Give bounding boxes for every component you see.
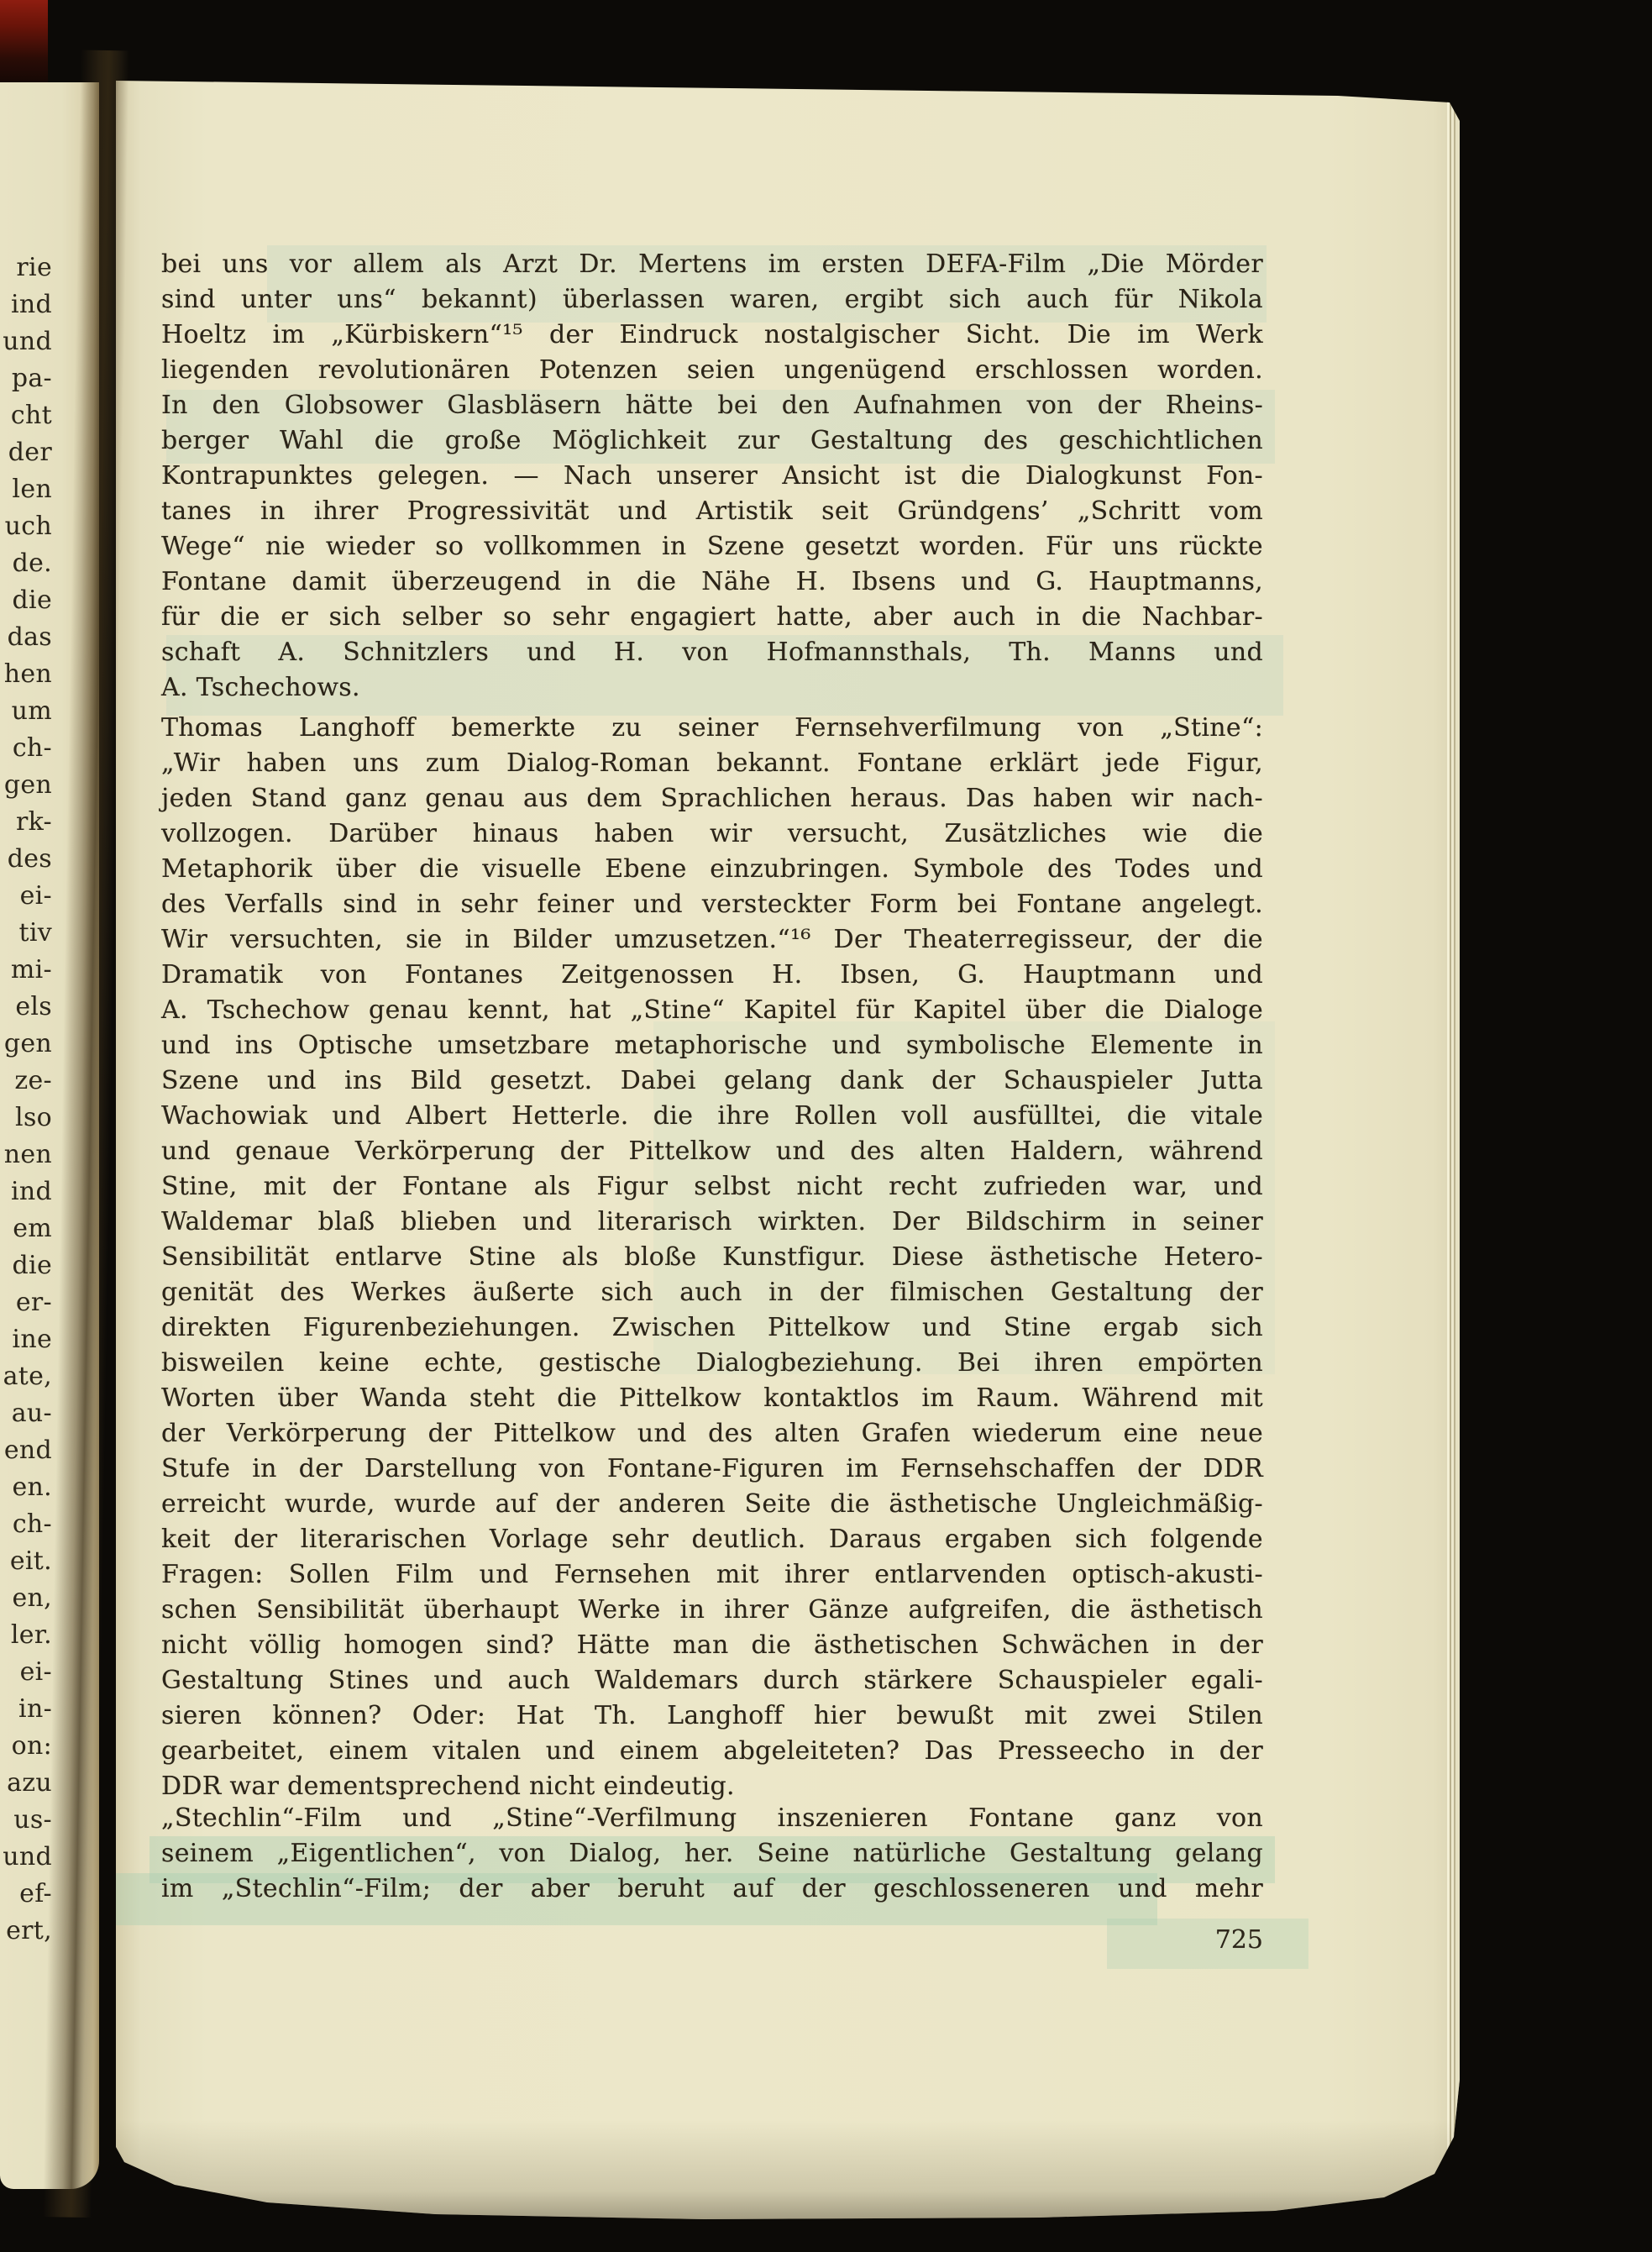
- cut-text-line: len: [0, 471, 52, 508]
- cut-text-line: mi-: [0, 952, 52, 989]
- text-line: direkten Figurenbeziehungen. Zwischen Pi…: [161, 1310, 1263, 1346]
- text-line: Wachowiak und Albert Hetterle. die ihre …: [161, 1099, 1263, 1134]
- cut-text-line: gen: [0, 767, 52, 804]
- text-line: erreicht wurde, wurde auf der anderen Se…: [161, 1487, 1263, 1522]
- cut-text-line: azu: [0, 1765, 52, 1802]
- cut-text-line: nen: [0, 1136, 52, 1173]
- cut-text-line: ine: [0, 1321, 52, 1358]
- cut-text-line: cht: [0, 397, 52, 434]
- text-line: seinem „Eigentlichen“, von Dialog, her. …: [161, 1836, 1263, 1871]
- text-line: Szene und ins Bild gesetzt. Dabei gelang…: [161, 1063, 1263, 1099]
- text-line: Sensibilität entlarve Stine als bloße Ku…: [161, 1240, 1263, 1275]
- cut-text-line: end: [0, 1432, 52, 1469]
- paragraph: Thomas Langhoff bemerkte zu seiner Ferns…: [161, 711, 1263, 1804]
- text-line: Stine, mit der Fontane als Figur selbst …: [161, 1169, 1263, 1205]
- text-line: Metaphorik über die visuelle Ebene einzu…: [161, 852, 1263, 887]
- text-line: berger Wahl die große Möglichkeit zur Ge…: [161, 423, 1263, 459]
- text-line: schaft A. Schnitzlers und H. von Hofmann…: [161, 635, 1263, 670]
- page-bottom-shade: [116, 2120, 1460, 2221]
- text-line: A. Tschechows.: [161, 670, 1263, 706]
- text-line: im „Stechlin“-Film; der aber beruht auf …: [161, 1871, 1263, 1907]
- cut-text-line: ind: [0, 286, 52, 323]
- cut-text-line: uch: [0, 508, 52, 545]
- cut-text-line: ert,: [0, 1913, 52, 1950]
- cut-text-line: in-: [0, 1691, 52, 1728]
- page-edge-stack: [1443, 97, 1460, 2164]
- text-line: der Verkörperung der Pittelkow und des a…: [161, 1416, 1263, 1451]
- text-line: vollzogen. Darüber hinaus haben wir vers…: [161, 816, 1263, 852]
- cut-text-line: er-: [0, 1284, 52, 1321]
- text-line: Hoeltz im „Kürbiskern“¹⁵ der Eindruck no…: [161, 318, 1263, 353]
- cut-text-line: gen: [0, 1026, 52, 1063]
- cut-text-line: der: [0, 434, 52, 471]
- text-line: nicht völlig homogen sind? Hätte man die…: [161, 1628, 1263, 1663]
- text-line: tanes in ihrer Progressivität und Artist…: [161, 494, 1263, 529]
- cut-text-line: ch-: [0, 1506, 52, 1543]
- cut-text-line: ler.: [0, 1617, 52, 1654]
- cut-text-line: ind: [0, 1173, 52, 1210]
- text-line: „Stechlin“-Film und „Stine“-Verfilmung i…: [161, 1801, 1263, 1836]
- text-line: schen Sensibilität überhaupt Werke in ih…: [161, 1593, 1263, 1628]
- cut-text-line: em: [0, 1210, 52, 1247]
- cut-text-line: de.: [0, 545, 52, 582]
- cut-text-line: on:: [0, 1728, 52, 1765]
- text-line: und genaue Verkörperung der Pittelkow un…: [161, 1134, 1263, 1169]
- cut-text-line: lso: [0, 1100, 52, 1136]
- text-line: Fragen: Sollen Film und Fernsehen mit ih…: [161, 1557, 1263, 1593]
- cut-text-line: rie: [0, 249, 52, 286]
- text-line: Worten über Wanda steht die Pittelkow ko…: [161, 1381, 1263, 1416]
- cut-text-line: tiv: [0, 915, 52, 952]
- text-line: In den Globsower Glasbläsern hätte bei d…: [161, 388, 1263, 423]
- text-line: Thomas Langhoff bemerkte zu seiner Ferns…: [161, 711, 1263, 746]
- text-line: Waldemar blaß blieben und literarisch wi…: [161, 1205, 1263, 1240]
- text-line: Dramatik von Fontanes Zeitgenossen H. Ib…: [161, 958, 1263, 993]
- cut-text-line: und: [0, 1839, 52, 1876]
- page-number: 725: [161, 1925, 1263, 1955]
- text-line: bisweilen keine echte, gestische Dialogb…: [161, 1346, 1263, 1381]
- scanned-book-spread: rieindundpa-chtderlenuchde.diedashenumch…: [0, 0, 1652, 2252]
- cut-text-line: das: [0, 619, 52, 656]
- cut-text-line: ze-: [0, 1063, 52, 1100]
- book-cover-corner: [0, 0, 48, 84]
- text-line: Stufe in der Darstellung von Fontane-Fig…: [161, 1451, 1263, 1487]
- text-line: des Verfalls sind in sehr feiner und ver…: [161, 887, 1263, 922]
- book-page: bei uns vor allem als Arzt Dr. Mertens i…: [116, 81, 1460, 2221]
- cut-text-line: die: [0, 582, 52, 619]
- cut-text-line: und: [0, 323, 52, 360]
- paragraph: bei uns vor allem als Arzt Dr. Mertens i…: [161, 247, 1263, 706]
- text-line: keit der literarischen Vorlage sehr deut…: [161, 1522, 1263, 1557]
- cut-text-line: die: [0, 1247, 52, 1284]
- cut-text-line: ei-: [0, 878, 52, 915]
- cut-text-line: els: [0, 989, 52, 1026]
- text-line: Gestaltung Stines und auch Waldemars dur…: [161, 1663, 1263, 1698]
- text-line: Fontane damit überzeugend in die Nähe H.…: [161, 564, 1263, 600]
- cut-text-line: des: [0, 841, 52, 878]
- cut-text-line: au-: [0, 1395, 52, 1432]
- cut-text-line: en.: [0, 1469, 52, 1506]
- text-line: sind unter uns“ bekannt) überlassen ware…: [161, 282, 1263, 318]
- cut-off-line-endings: rieindundpa-chtderlenuchde.diedashenumch…: [0, 249, 52, 1950]
- text-line: Wege“ nie wieder so vollkommen in Szene …: [161, 529, 1263, 564]
- cut-text-line: ei-: [0, 1654, 52, 1691]
- cut-text-line: eit.: [0, 1543, 52, 1580]
- cut-text-line: en,: [0, 1580, 52, 1617]
- text-line: liegenden revolutionären Potenzen seien …: [161, 353, 1263, 388]
- cut-text-line: ef-: [0, 1876, 52, 1913]
- cut-text-line: pa-: [0, 360, 52, 397]
- cut-text-line: um: [0, 693, 52, 730]
- text-line: Wir versuchten, sie in Bilder umzusetzen…: [161, 922, 1263, 958]
- cut-text-line: ate,: [0, 1358, 52, 1395]
- text-line: sieren können? Oder: Hat Th. Langhoff hi…: [161, 1698, 1263, 1734]
- text-line: Kontrapunktes gelegen. — Nach unserer An…: [161, 459, 1263, 494]
- paragraph: „Stechlin“-Film und „Stine“-Verfilmung i…: [161, 1801, 1263, 1907]
- cut-text-line: hen: [0, 656, 52, 693]
- cut-text-line: ch-: [0, 730, 52, 767]
- cut-text-line: rk-: [0, 804, 52, 841]
- text-line: für die er sich selber so sehr engagiert…: [161, 600, 1263, 635]
- text-line: bei uns vor allem als Arzt Dr. Mertens i…: [161, 247, 1263, 282]
- cut-text-line: us-: [0, 1802, 52, 1839]
- text-line: und ins Optische umsetzbare metaphorisch…: [161, 1028, 1263, 1063]
- text-line: DDR war dementsprechend nicht eindeutig.: [161, 1769, 1263, 1804]
- text-line: „Wir haben uns zum Dialog-Roman bekannt.…: [161, 746, 1263, 781]
- text-line: genität des Werkes äußerte sich auch in …: [161, 1275, 1263, 1310]
- text-line: gearbeitet, einem vitalen und einem abge…: [161, 1734, 1263, 1769]
- text-line: jeden Stand ganz genau aus dem Sprachlic…: [161, 781, 1263, 816]
- text-line: A. Tschechow genau kennt, hat „Stine“ Ka…: [161, 993, 1263, 1028]
